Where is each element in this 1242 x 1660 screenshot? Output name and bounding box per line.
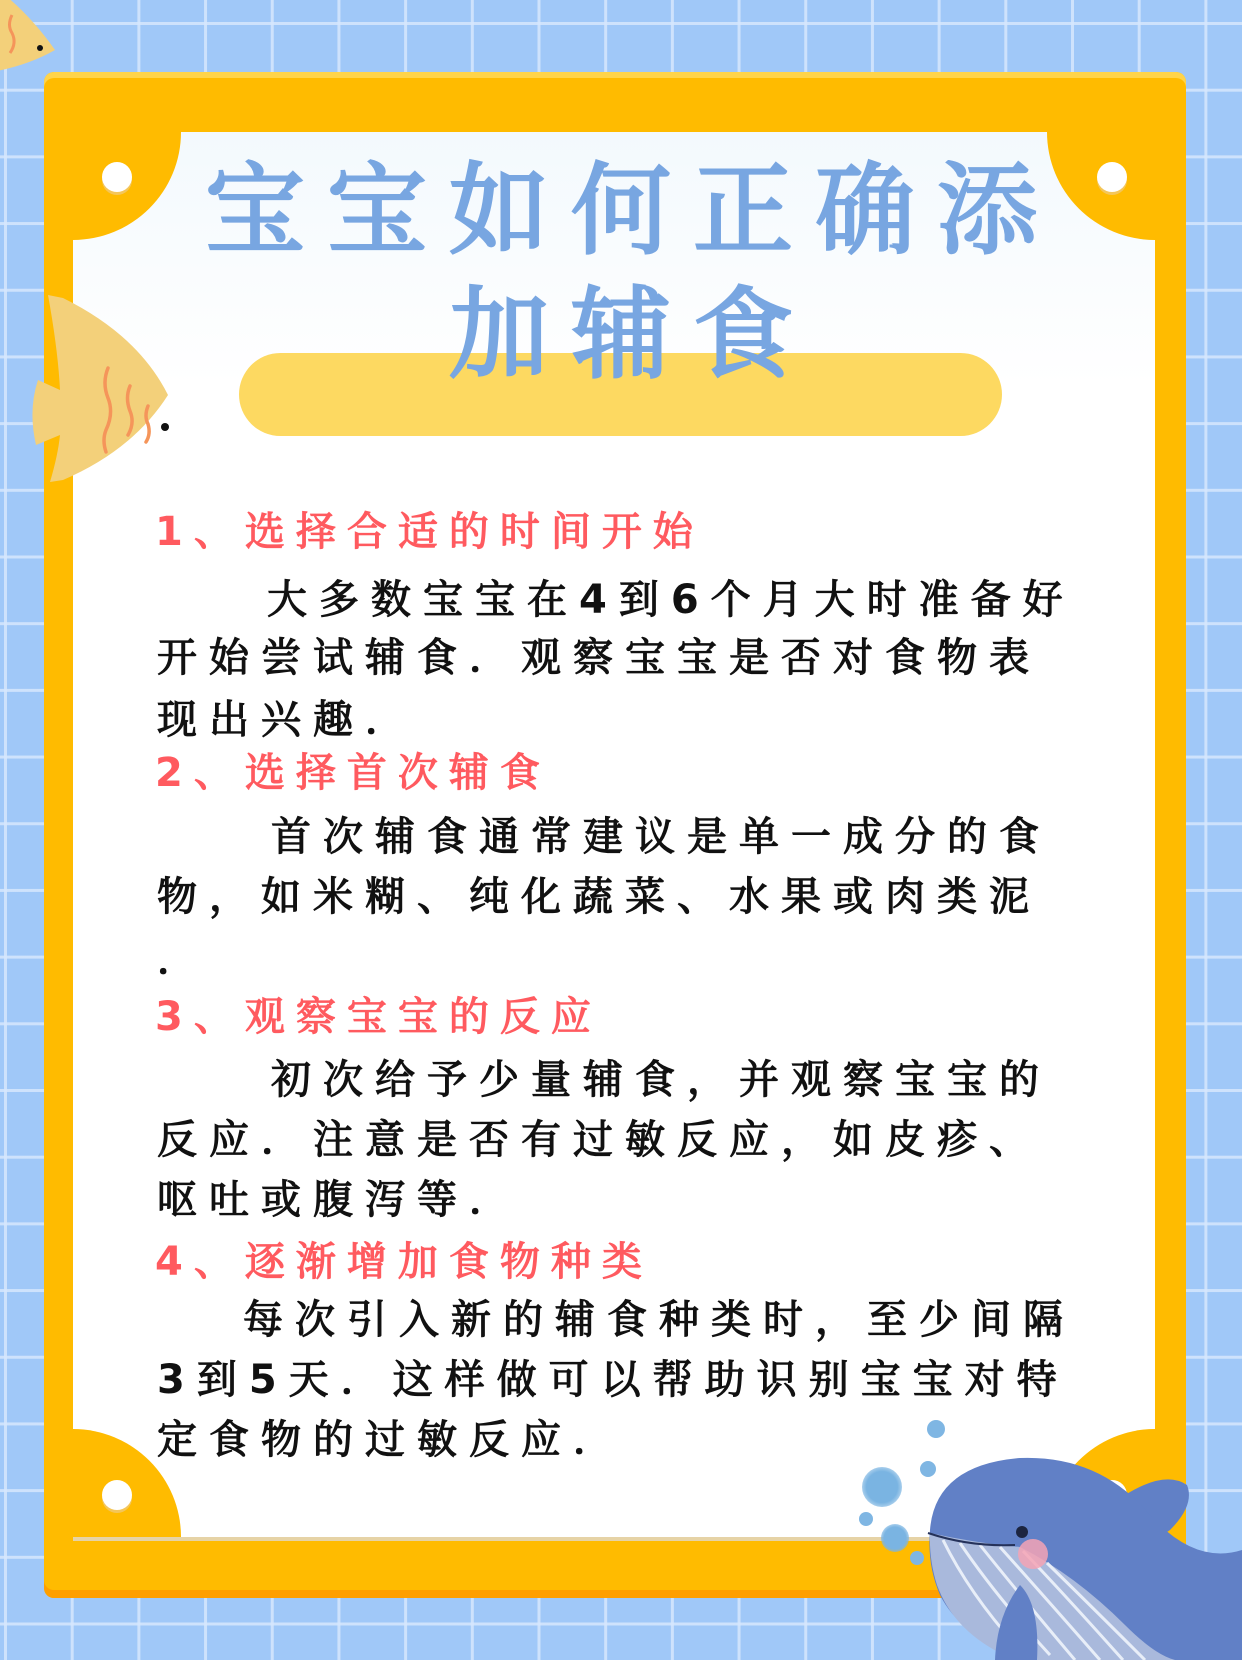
section-body-line: 大多数宝宝在4到6个月大时准备好 <box>267 580 1075 620</box>
page-title-line-2: 加辅食 <box>0 285 1242 385</box>
whale-icon <box>925 1455 1242 1660</box>
section-heading: 2、选择首次辅食 <box>155 753 551 793</box>
section-body-line: ． <box>157 940 209 980</box>
section-body-line: 首次辅食通常建议是单一成分的食 <box>271 817 1051 857</box>
bubble-icon <box>910 1551 924 1565</box>
rivet-dot <box>102 1480 132 1510</box>
angelfish-icon <box>0 0 60 80</box>
section-body-line: 定食物的过敏反应． <box>157 1420 625 1460</box>
section-body-line: 开始尝试辅食．观察宝宝是否对食物表 <box>157 638 1041 678</box>
section-heading: 1、选择合适的时间开始 <box>155 512 704 552</box>
page-title-line-1: 宝宝如何正确添 <box>0 161 1242 261</box>
section-heading: 3、观察宝宝的反应 <box>155 997 602 1037</box>
section-body-line: 初次给予少量辅食，并观察宝宝的 <box>271 1060 1051 1100</box>
section-body-line: 呕吐或腹泻等． <box>157 1180 521 1220</box>
section-heading: 4、逐渐增加食物种类 <box>155 1242 653 1282</box>
section-body-line: 反应．注意是否有过敏反应，如皮疹、 <box>157 1120 1041 1160</box>
angelfish-icon <box>18 290 173 485</box>
section-body-line: 现出兴趣． <box>157 700 417 740</box>
section-body-line: 每次引入新的辅食种类时，至少间隔 <box>243 1300 1075 1340</box>
bubble-icon <box>859 1512 873 1526</box>
section-body-line: 物，如米糊、纯化蔬菜、水果或肉类泥 <box>157 877 1041 917</box>
bubble-icon <box>927 1420 945 1438</box>
bubble-icon <box>862 1467 902 1507</box>
section-body-line: 3到5天．这样做可以帮助识别宝宝对特 <box>157 1360 1069 1400</box>
bubble-icon <box>881 1524 909 1552</box>
